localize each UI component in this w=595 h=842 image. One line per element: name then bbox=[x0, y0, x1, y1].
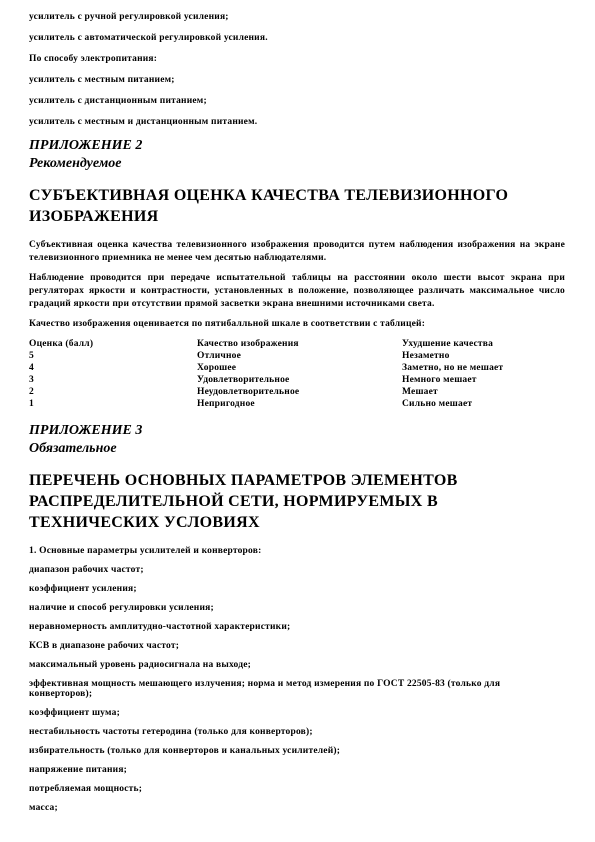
appendix-3-title: ПЕРЕЧЕНЬ ОСНОВНЫХ ПАРАМЕТРОВ ЭЛЕМЕНТОВ Р… bbox=[29, 470, 504, 533]
table-cell-degradation: Заметно, но не мешает bbox=[402, 362, 565, 374]
parameter-line: избирательность (только для конверторов … bbox=[29, 746, 565, 756]
intro-list: усилитель с ручной регулировкой усиления… bbox=[29, 12, 565, 128]
parameter-line: эффективная мощность мешающего излучения… bbox=[29, 679, 565, 699]
table-cell-degradation: Немного мешает bbox=[402, 374, 565, 386]
table-cell-score: 2 bbox=[29, 386, 197, 398]
rating-table: Оценка (балл) Качество изображения Ухудш… bbox=[29, 338, 565, 410]
parameter-line: напряжение питания; bbox=[29, 765, 565, 775]
table-cell-quality: Хорошее bbox=[197, 362, 402, 374]
appendix-2-section: ПРИЛОЖЕНИЕ 2 Рекомендуемое СУБЪЕКТИВНАЯ … bbox=[29, 138, 565, 410]
appendix-2-label: ПРИЛОЖЕНИЕ 2 bbox=[29, 138, 565, 154]
table-cell-degradation: Мешает bbox=[402, 386, 565, 398]
parameter-line: КСВ в диапазоне рабочих частот; bbox=[29, 641, 565, 651]
table-cell-score: 3 bbox=[29, 374, 197, 386]
appendix-3-label: ПРИЛОЖЕНИЕ 3 bbox=[29, 423, 565, 439]
table-header-score: Оценка (балл) bbox=[29, 338, 197, 350]
parameter-line: масса; bbox=[29, 803, 565, 813]
table-cell-score: 5 bbox=[29, 350, 197, 362]
table-cell-quality: Непригодное bbox=[197, 398, 402, 410]
document-page: усилитель с ручной регулировкой усиления… bbox=[0, 0, 595, 842]
intro-line: усилитель с дистанционным питанием; bbox=[29, 96, 565, 107]
parameter-line: 1. Основные параметры усилителей и конве… bbox=[29, 546, 565, 556]
parameter-line: неравномерность амплитудно-частотной хар… bbox=[29, 622, 565, 632]
appendix-2-paragraph: Качество изображения оценивается по пяти… bbox=[29, 318, 565, 331]
parameter-line: диапазон рабочих частот; bbox=[29, 565, 565, 575]
table-cell-score: 4 bbox=[29, 362, 197, 374]
appendix-2-paragraph: Субъективная оценка качества телевизионн… bbox=[29, 239, 565, 265]
parameter-line: наличие и способ регулировки усиления; bbox=[29, 603, 565, 613]
table-cell-score: 1 bbox=[29, 398, 197, 410]
table-header-quality: Качество изображения bbox=[197, 338, 402, 350]
appendix-3-subtitle: Обязательное bbox=[29, 441, 565, 457]
table-cell-quality: Неудовлетворительное bbox=[197, 386, 402, 398]
appendix-3-section: ПРИЛОЖЕНИЕ 3 Обязательное ПЕРЕЧЕНЬ ОСНОВ… bbox=[29, 423, 565, 813]
intro-line: усилитель с автоматической регулировкой … bbox=[29, 33, 565, 44]
parameter-line: максимальный уровень радиосигнала на вых… bbox=[29, 660, 565, 670]
appendix-2-paragraph: Наблюдение проводится при передаче испыт… bbox=[29, 272, 565, 311]
table-cell-degradation: Сильно мешает bbox=[402, 398, 565, 410]
parameter-line: коэффициент усиления; bbox=[29, 584, 565, 594]
intro-line: усилитель с местным и дистанционным пита… bbox=[29, 117, 565, 128]
parameters-list: 1. Основные параметры усилителей и конве… bbox=[29, 546, 565, 813]
intro-line: По способу электропитания: bbox=[29, 54, 565, 65]
parameter-line: коэффициент шума; bbox=[29, 708, 565, 718]
intro-line: усилитель с местным питанием; bbox=[29, 75, 565, 86]
parameter-line: потребляемая мощность; bbox=[29, 784, 565, 794]
table-cell-degradation: Незаметно bbox=[402, 350, 565, 362]
intro-line: усилитель с ручной регулировкой усиления… bbox=[29, 12, 565, 23]
table-header-degradation: Ухудшение качества bbox=[402, 338, 565, 350]
appendix-2-subtitle: Рекомендуемое bbox=[29, 156, 565, 172]
parameter-line: нестабильность частоты гетеродина (тольк… bbox=[29, 727, 565, 737]
appendix-2-title: СУБЪЕКТИВНАЯ ОЦЕНКА КАЧЕСТВА ТЕЛЕВИЗИОНН… bbox=[29, 185, 565, 227]
table-cell-quality: Удовлетворительное bbox=[197, 374, 402, 386]
table-cell-quality: Отличное bbox=[197, 350, 402, 362]
